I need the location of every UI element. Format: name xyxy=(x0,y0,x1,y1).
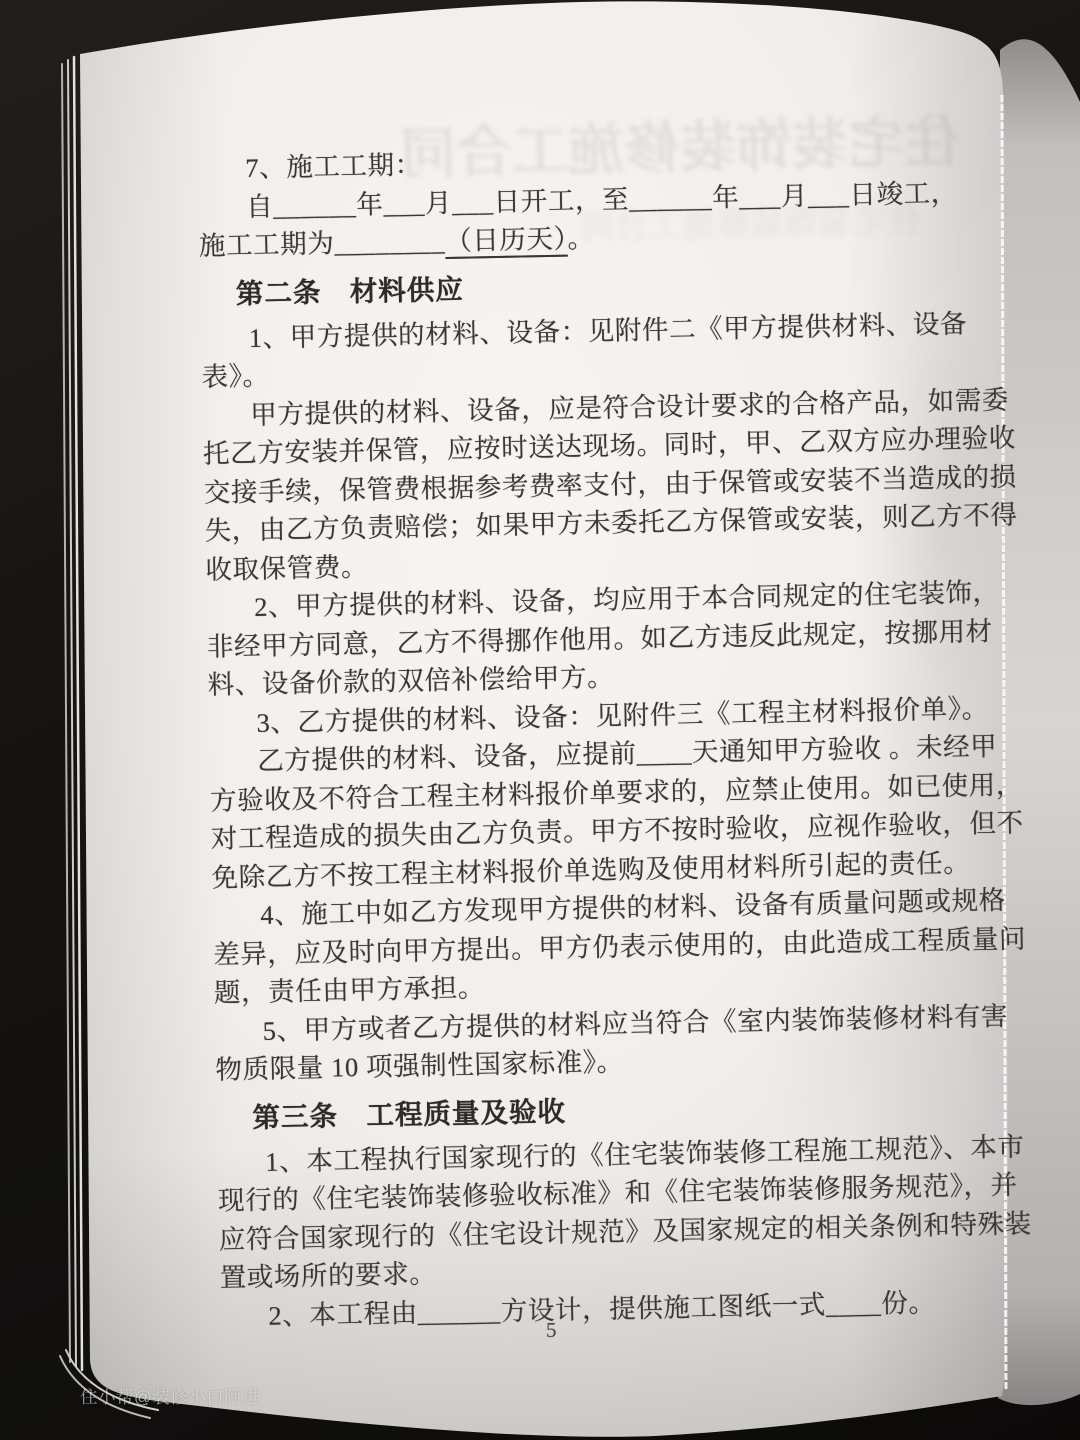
text-run: 置或场所的要求。 xyxy=(219,1258,436,1292)
document-body: 7、施工工期：自______年___月___日开工，至______年___月__… xyxy=(197,135,991,1336)
text-run: 7、施工工期： xyxy=(245,149,422,183)
text-run: 物质限量 10 项强制性国家标准》。 xyxy=(215,1047,624,1085)
text-run: 题，责任由甲方承担。 xyxy=(214,972,486,1007)
watermark: 住小帮@装修小白阿进 xyxy=(80,1384,260,1409)
text-run: 料、设备价款的双倍补偿给甲方。 xyxy=(207,662,614,700)
page-number: 5 xyxy=(546,1318,557,1343)
text-run: 第三条 工程质量及验收 xyxy=(252,1095,566,1132)
text-run: 收取保管费。 xyxy=(205,551,368,584)
text-run: 施工工期为 xyxy=(199,228,335,261)
text-run: ________ xyxy=(334,226,445,258)
text-run: 表》。 xyxy=(201,361,270,392)
under-page-edge xyxy=(998,39,1080,1405)
text-run: 第二条 材料供应 xyxy=(236,273,465,309)
text-run: （日历天） xyxy=(445,224,568,256)
photo-scene: 住宅装饰装修施工合同 住宅装饰装修施工合同 7、施工工期：自______年___… xyxy=(0,0,1080,1440)
text-run: 。 xyxy=(567,223,595,254)
